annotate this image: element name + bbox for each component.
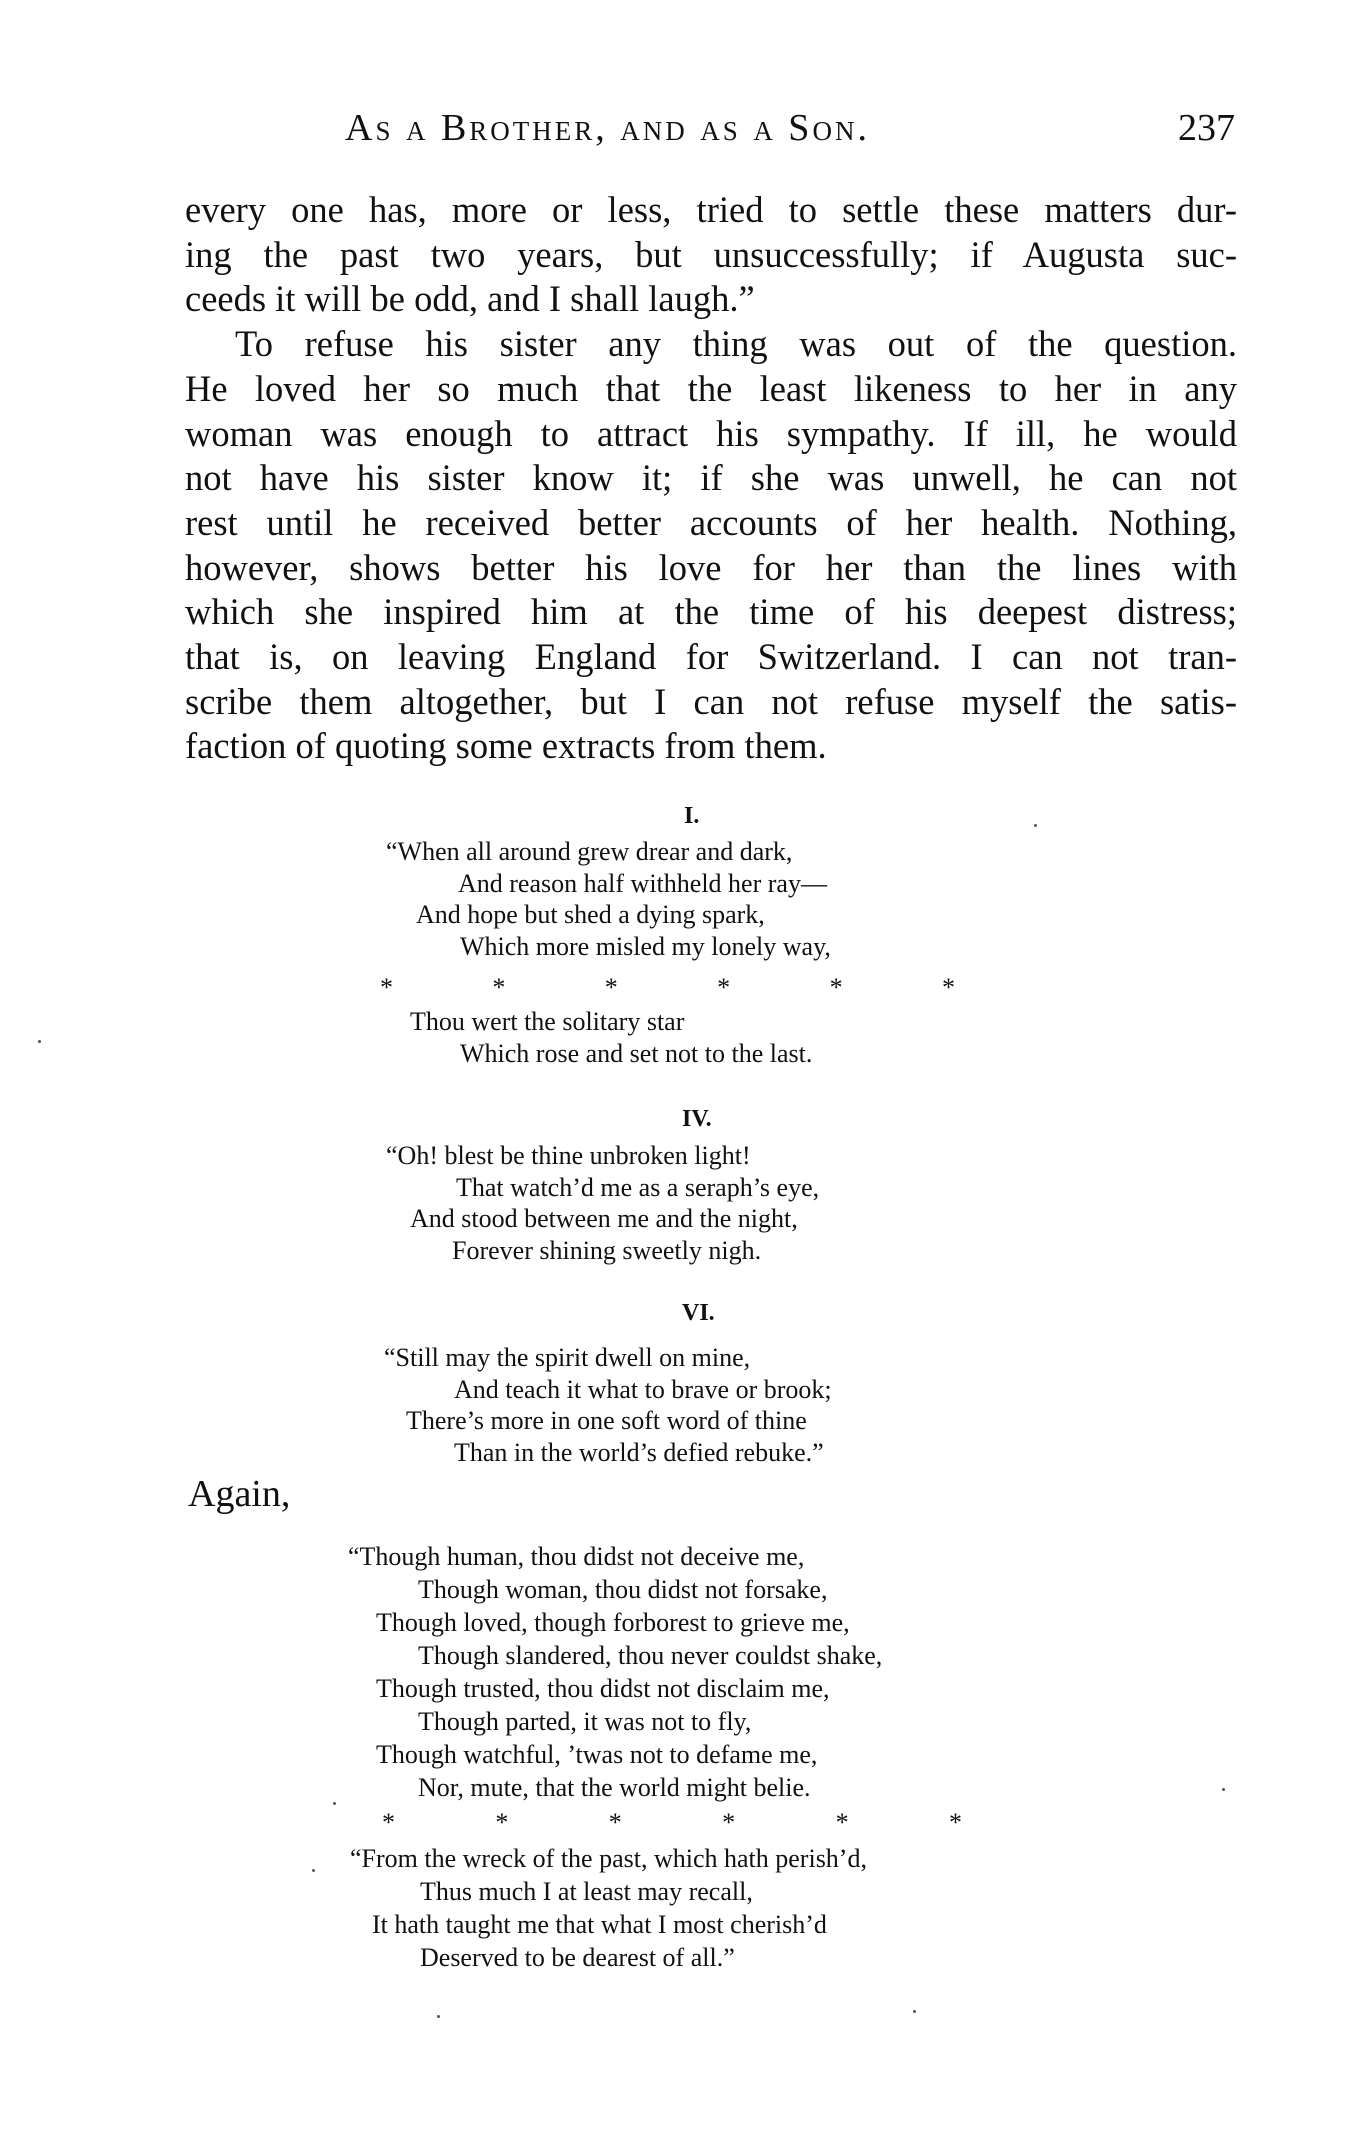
scan-speck xyxy=(913,2010,916,2013)
stanza-i-continued: Thou wert the solitary star Which rose a… xyxy=(410,1006,812,1069)
verse-line: That watch’d me as a seraph’s eye, xyxy=(386,1172,819,1204)
verse-line: Thou wert the solitary star xyxy=(410,1006,812,1038)
text-line: ing the past two years, but unsuccessful… xyxy=(185,233,1237,278)
verse-line: “When all around grew drear and dark, xyxy=(386,836,831,868)
asterisk: * xyxy=(382,1808,395,1838)
poem-2-stanza-b: “From the wreck of the past, which hath … xyxy=(350,1842,867,1974)
verse-line: “From the wreck of the past, which hath … xyxy=(350,1842,867,1875)
text-line: which she inspired him at the time of hi… xyxy=(185,590,1237,635)
verse-line: Than in the world’s defied rebuke.” xyxy=(384,1437,832,1469)
verse-line: Deserved to be dearest of all.” xyxy=(350,1941,867,1974)
page-number: 237 xyxy=(1178,106,1235,150)
scan-speck xyxy=(1222,1788,1225,1791)
text-line: faction of quoting some extracts from th… xyxy=(185,724,1237,769)
poem-2-stanza-a: “Though human, thou didst not deceive me… xyxy=(348,1540,882,1804)
verse-line: And teach it what to brave or brook; xyxy=(384,1374,832,1406)
asterisk: * xyxy=(605,973,618,1003)
scan-speck xyxy=(1034,824,1037,827)
text-line: To refuse his sister any thing was out o… xyxy=(185,322,1237,367)
stanza-i: “When all around grew drear and dark, An… xyxy=(386,836,831,962)
page-header: As a Brother, and as a Son. 237 xyxy=(345,106,1235,156)
asterisk: * xyxy=(495,1808,508,1838)
stanza-number-iv: IV. xyxy=(682,1106,712,1133)
text-line: not have his sister know it; if she was … xyxy=(185,456,1237,501)
text-line: ceeds it will be odd, and I shall laugh.… xyxy=(185,277,1237,322)
verse-line: Though loved, though forborest to grieve… xyxy=(348,1606,882,1639)
scan-speck xyxy=(38,1040,41,1043)
verse-line: Forever shining sweetly nigh. xyxy=(386,1235,819,1267)
text-line: woman was enough to attract his sympathy… xyxy=(185,412,1237,457)
scan-speck xyxy=(437,2015,440,2018)
asterisk: * xyxy=(717,973,730,1003)
asterisk: * xyxy=(836,1808,849,1838)
asterisk: * xyxy=(830,973,843,1003)
text-line: scribe them altogether, but I can not re… xyxy=(185,680,1237,725)
stanza-iv: “Oh! blest be thine unbroken light! That… xyxy=(386,1140,819,1266)
asterisk-separator: * * * * * * xyxy=(382,1808,962,1838)
verse-line: And reason half withheld her ray— xyxy=(386,868,831,900)
verse-line: Thus much I at least may recall, xyxy=(350,1875,867,1908)
asterisk: * xyxy=(380,973,393,1003)
verse-line: And stood between me and the night, xyxy=(386,1203,819,1235)
verse-line: Though slandered, thou never couldst sha… xyxy=(348,1639,882,1672)
stanza-number-i: I. xyxy=(684,803,699,830)
stanza-number-vi: VI. xyxy=(682,1300,715,1327)
text-line: every one has, more or less, tried to se… xyxy=(185,188,1237,233)
running-head: As a Brother, and as a Son. xyxy=(345,106,870,150)
text-line: He loved her so much that the least like… xyxy=(185,367,1237,412)
verse-line: “Though human, thou didst not deceive me… xyxy=(348,1540,882,1573)
asterisk: * xyxy=(722,1808,735,1838)
stanza-vi: “Still may the spirit dwell on mine, And… xyxy=(384,1342,832,1468)
paragraph-1: every one has, more or less, tried to se… xyxy=(185,188,1237,322)
verse-line: It hath taught me that what I most cheri… xyxy=(350,1908,867,1941)
verse-line: Which rose and set not to the last. xyxy=(410,1038,812,1070)
verse-line: Though parted, it was not to fly, xyxy=(348,1705,882,1738)
verse-line: Though woman, thou didst not forsake, xyxy=(348,1573,882,1606)
text-line: rest until he received better accounts o… xyxy=(185,501,1237,546)
asterisk-separator: * * * * * * xyxy=(380,973,955,1003)
paragraph-2: To refuse his sister any thing was out o… xyxy=(185,322,1237,769)
verse-line: There’s more in one soft word of thine xyxy=(384,1405,832,1437)
prose-body: every one has, more or less, tried to se… xyxy=(185,188,1237,769)
text-line: that is, on leaving England for Switzerl… xyxy=(185,635,1237,680)
verse-line: Nor, mute, that the world might belie. xyxy=(348,1771,882,1804)
verse-line: “Oh! blest be thine unbroken light! xyxy=(386,1140,819,1172)
asterisk: * xyxy=(942,973,955,1003)
verse-line: Though watchful, ’twas not to defame me, xyxy=(348,1738,882,1771)
text-line: however, shows better his love for her t… xyxy=(185,546,1237,591)
asterisk: * xyxy=(492,973,505,1003)
asterisk: * xyxy=(949,1808,962,1838)
verse-line: Which more misled my lonely way, xyxy=(386,931,831,963)
verse-line: And hope but shed a dying spark, xyxy=(386,899,831,931)
scan-speck xyxy=(333,1802,336,1805)
scan-speck xyxy=(312,1869,315,1872)
asterisk: * xyxy=(609,1808,622,1838)
verse-line: “Still may the spirit dwell on mine, xyxy=(384,1342,832,1374)
verse-line: Though trusted, thou didst not disclaim … xyxy=(348,1672,882,1705)
again-label: Again, xyxy=(188,1472,290,1516)
